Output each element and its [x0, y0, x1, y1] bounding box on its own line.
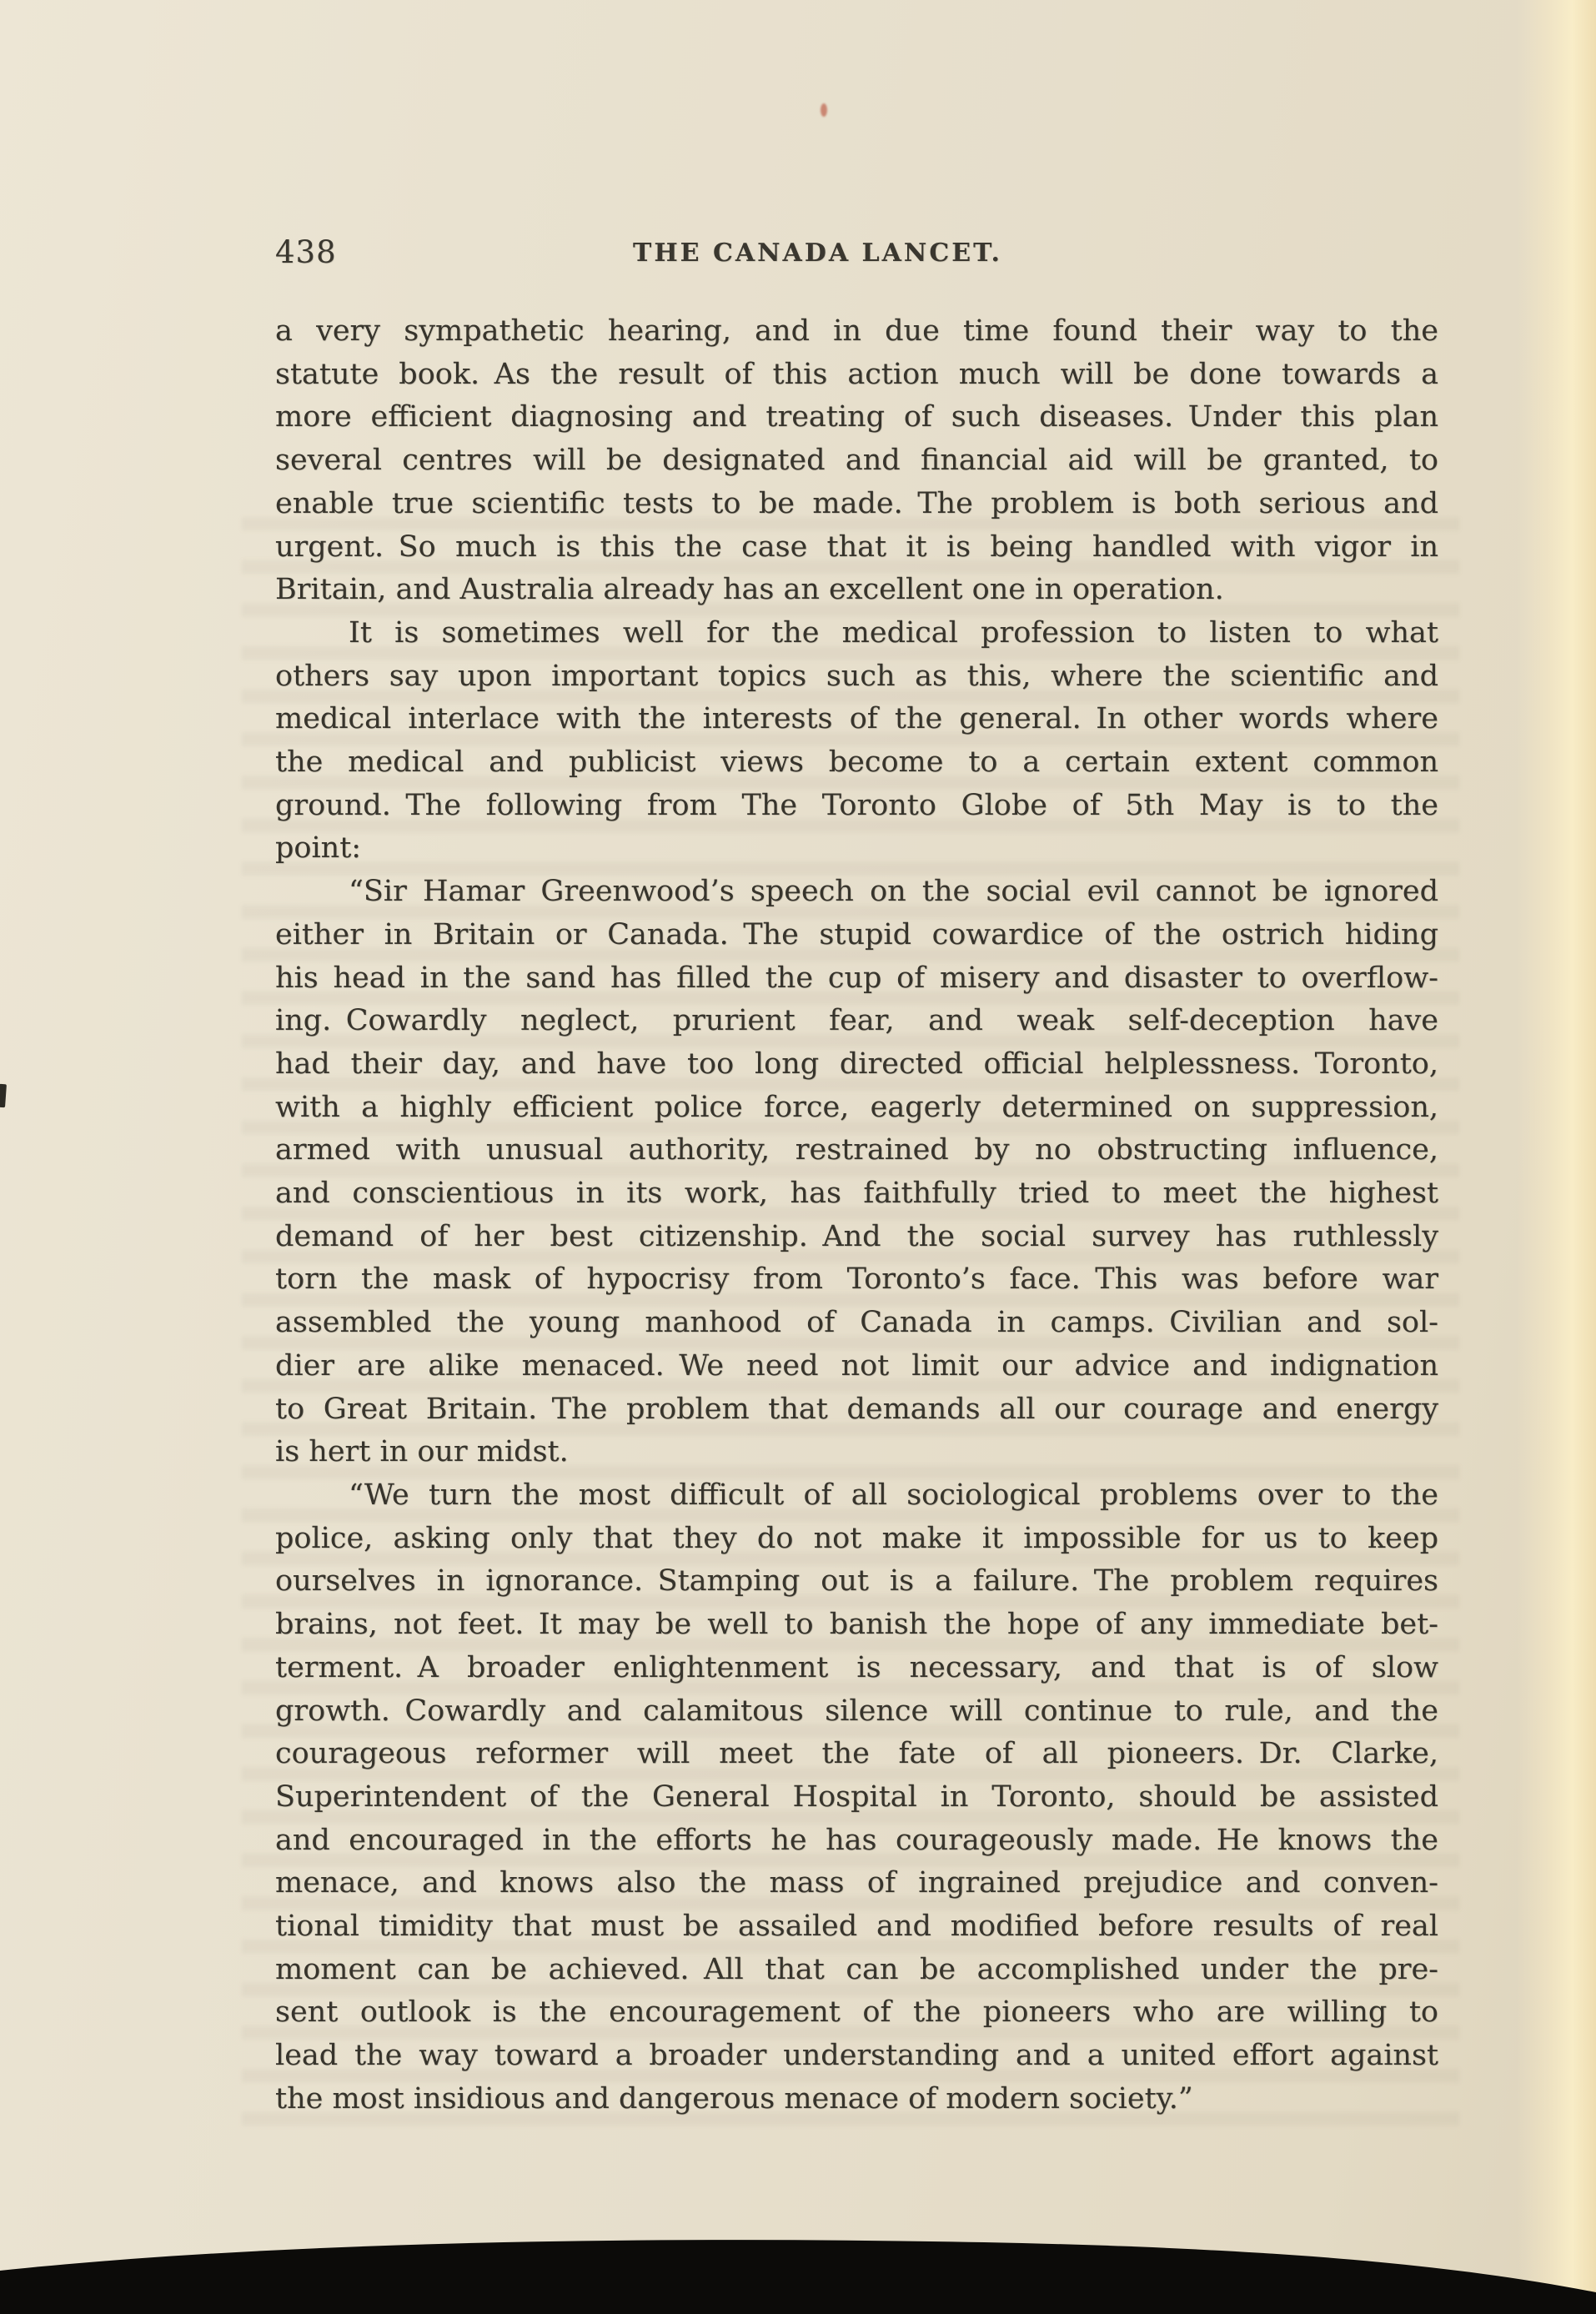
- page-edge-glow: [1517, 0, 1596, 2314]
- running-header: 438 THE CANADA LANCET.: [275, 234, 1438, 271]
- text-line: moment can be achieved. All that can be …: [275, 1949, 1438, 1992]
- text-line: armed with unusual authority, restrained…: [275, 1129, 1438, 1172]
- text-line: Superintendent of the General Hospital i…: [275, 1776, 1438, 1820]
- text-line: growth. Cowardly and calamitous silence …: [275, 1690, 1438, 1734]
- text-line: sent outlook is the encouragement of the…: [275, 1991, 1438, 2035]
- text-line: a very sympathetic hearing, and in due t…: [275, 310, 1438, 354]
- text-line: assembled the young manhood of Canada in…: [275, 1302, 1438, 1345]
- scan-bottom-shadow: [0, 2221, 1596, 2314]
- scan-bottom-shadow-shape: [0, 2240, 1596, 2314]
- text-line: police, asking only that they do not mak…: [275, 1518, 1438, 1561]
- text-line: his head in the sand has filled the cup …: [275, 957, 1438, 1001]
- text-line: ing. Cowardly neglect, prurient fear, an…: [275, 1000, 1438, 1043]
- text-line: demand of her best citizenship. And the …: [275, 1216, 1438, 1259]
- text-line: enable true scientific tests to be made.…: [275, 483, 1438, 526]
- text-line: more efficient diagnosing and treating o…: [275, 396, 1438, 439]
- text-line: is hert in our midst.: [275, 1431, 1438, 1474]
- text-line: menace, and knows also the mass of ingra…: [275, 1862, 1438, 1905]
- text-line: It is sometimes well for the medical pro…: [275, 612, 1438, 655]
- scanned-page: 438 THE CANADA LANCET. a very sympatheti…: [0, 0, 1596, 2314]
- text-line: the most insidious and dangerous menace …: [275, 2078, 1438, 2121]
- text-line: others say upon important topics such as…: [275, 655, 1438, 699]
- text-line: urgent. So much is this the case that it…: [275, 526, 1438, 570]
- page-number: 438: [275, 234, 337, 270]
- journal-title: THE CANADA LANCET.: [633, 238, 1002, 268]
- red-ink-speck: [821, 103, 827, 117]
- text-line: ground. The following from The Toronto G…: [275, 785, 1438, 828]
- text-line: to Great Britain. The problem that deman…: [275, 1388, 1438, 1432]
- text-line: terment. A broader enlightenment is nece…: [275, 1647, 1438, 1690]
- text-line: lead the way toward a broader understand…: [275, 2035, 1438, 2078]
- text-line: medical interlace with the interests of …: [275, 698, 1438, 741]
- body-text: a very sympathetic hearing, and in due t…: [275, 310, 1438, 2121]
- text-line: “Sir Hamar Greenwood’s speech on the soc…: [275, 871, 1438, 914]
- text-line: brains, not feet. It may be well to bani…: [275, 1604, 1438, 1647]
- text-line: tional timidity that must be assailed an…: [275, 1905, 1438, 1949]
- text-line: torn the mask of hypocrisy from Toronto’…: [275, 1258, 1438, 1302]
- text-line: ourselves in ignorance. Stamping out is …: [275, 1560, 1438, 1604]
- text-line: with a highly efficient police force, ea…: [275, 1087, 1438, 1130]
- text-line: Britain, and Australia already has an ex…: [275, 569, 1438, 612]
- text-line: and conscientious in its work, has faith…: [275, 1172, 1438, 1216]
- text-line: and encouraged in the efforts he has cou…: [275, 1820, 1438, 1863]
- text-line: courageous reformer will meet the fate o…: [275, 1733, 1438, 1776]
- text-line: “We turn the most difficult of all socio…: [275, 1474, 1438, 1518]
- text-line: either in Britain or Canada. The stupid …: [275, 914, 1438, 957]
- text-line: several centres will be designated and f…: [275, 439, 1438, 483]
- text-line: dier are alike menaced. We need not limi…: [275, 1345, 1438, 1388]
- left-edge-mark: [0, 1084, 7, 1108]
- text-line: had their day, and have too long directe…: [275, 1043, 1438, 1087]
- text-line: the medical and publicist views become t…: [275, 741, 1438, 785]
- text-line: statute book. As the result of this acti…: [275, 354, 1438, 397]
- text-line: point:: [275, 827, 1438, 871]
